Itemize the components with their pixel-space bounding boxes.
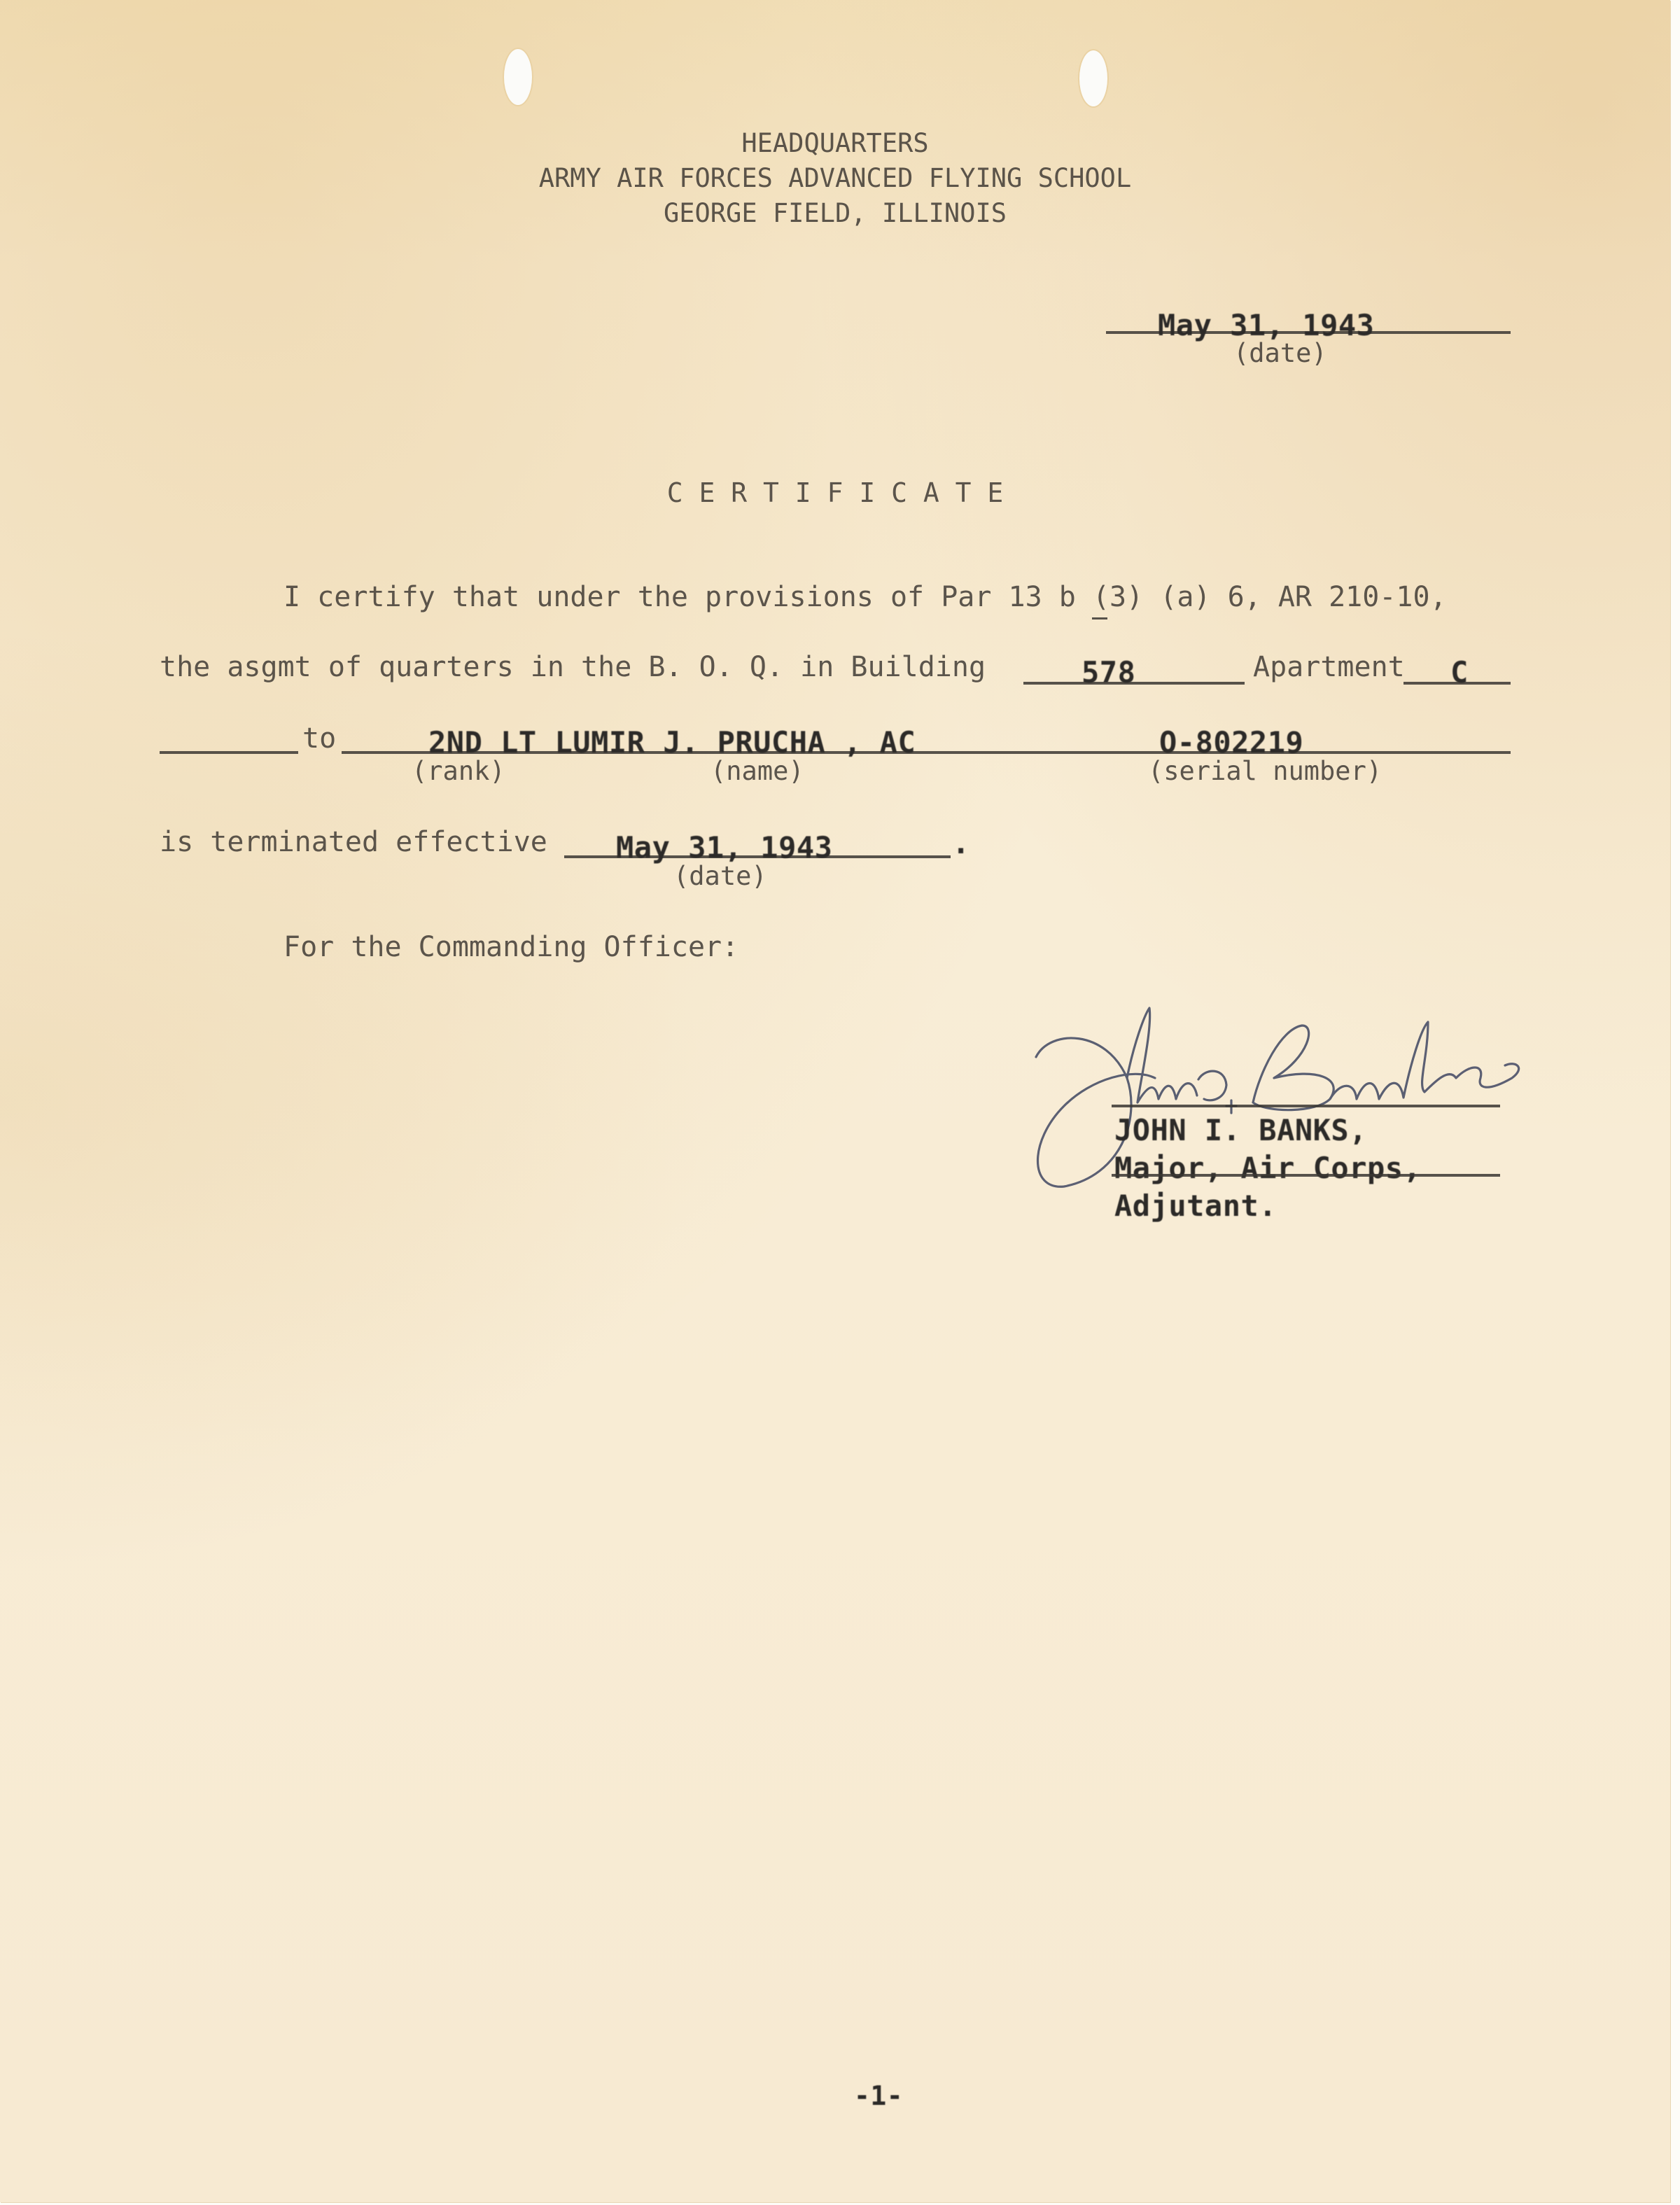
header-location: GEORGE FIELD, ILLINOIS xyxy=(0,198,1670,228)
closing-line: For the Commanding Officer: xyxy=(283,931,738,963)
period: . xyxy=(952,826,970,860)
apartment-label: Apartment xyxy=(1253,651,1405,683)
effective-date-label: (date) xyxy=(673,861,767,891)
certificate-title: C E R T I F I C A T E xyxy=(0,477,1670,508)
blank-underline xyxy=(160,751,298,754)
underline-b xyxy=(1092,617,1107,619)
recipient-serial: O-802219 xyxy=(1159,725,1303,759)
header-headquarters: HEADQUARTERS xyxy=(0,128,1670,158)
punch-hole-right xyxy=(1078,49,1109,108)
document-date-label: (date) xyxy=(1233,338,1327,368)
rank-label: (rank) xyxy=(412,756,505,786)
page-number: -1- xyxy=(854,2080,903,2111)
rank-strikethrough xyxy=(1112,1174,1500,1177)
punch-hole-left xyxy=(503,48,533,106)
signer-title: Adjutant. xyxy=(1114,1189,1277,1223)
document-date: May 31, 1943 xyxy=(1158,308,1374,342)
body-line-2: the asgmt of quarters in the B. O. Q. in… xyxy=(160,651,986,683)
recipient-rank-name: 2ND LT LUMIR J. PRUCHA , AC xyxy=(428,725,916,759)
to-label: to xyxy=(302,722,336,755)
building-number: 578 xyxy=(1081,655,1135,689)
name-label: (name) xyxy=(710,756,804,786)
document-page: HEADQUARTERS ARMY AIR FORCES ADVANCED FL… xyxy=(0,0,1670,2202)
effective-date: May 31, 1943 xyxy=(616,830,832,864)
signer-name: JOHN I. BANKS, xyxy=(1114,1113,1367,1147)
body-line-1: I certify that under the provisions of P… xyxy=(283,581,1447,613)
signature-line xyxy=(1112,1105,1500,1107)
apartment-value: C xyxy=(1450,655,1469,689)
signer-rank-struck: Major, Air Corps, xyxy=(1114,1151,1421,1185)
terminated-label: is terminated effective xyxy=(160,826,547,858)
header-school: ARMY AIR FORCES ADVANCED FLYING SCHOOL xyxy=(0,163,1670,193)
serial-label: (serial number) xyxy=(1148,756,1382,786)
